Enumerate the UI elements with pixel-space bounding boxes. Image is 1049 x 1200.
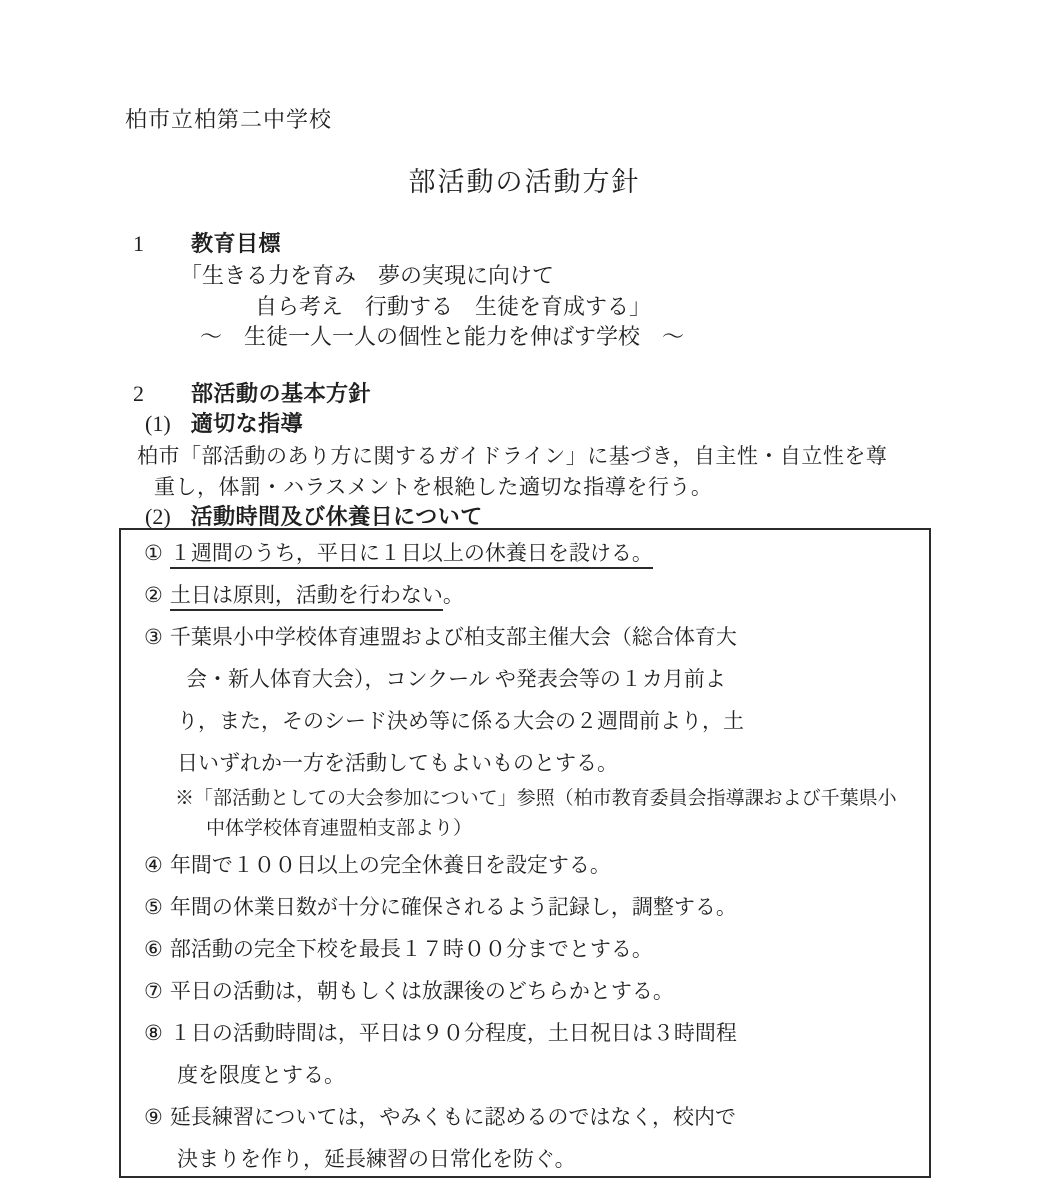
rule-4-number: ④ bbox=[144, 853, 163, 877]
rule-7-number: ⑦ bbox=[144, 979, 163, 1003]
rule-5-number: ⑤ bbox=[144, 895, 163, 919]
subsection2-number: (2) bbox=[145, 504, 171, 529]
rule-5-text: 年間の休業日数が十分に確保されるよう記録し，調整する。 bbox=[170, 895, 737, 919]
rule-item-3-line2: 会・新人体育大会），コンクール や発表会等の１カ月前よ bbox=[186, 658, 929, 700]
rule-item-3-line3: り，また，そのシード決め等に係る大会の２週間前より，土 bbox=[177, 700, 929, 742]
rule-item-4: ④年間で１００日以上の完全休養日を設定する。 bbox=[144, 844, 929, 886]
activity-rules-box: ①１週間のうち，平日に１日以上の休養日を設ける。 ②土日は原則，活動を行わない。… bbox=[119, 528, 931, 1178]
rule-9-number: ⑨ bbox=[144, 1105, 163, 1129]
section2-heading: 部活動の基本方針 bbox=[191, 381, 371, 406]
rule-8-number: ⑧ bbox=[144, 1021, 163, 1045]
subsection2-heading-row: (2)活動時間及び休養日について bbox=[145, 500, 483, 531]
rule-9-text: 延長練習については，やみくもに認めるのではなく，校内で bbox=[170, 1105, 736, 1129]
rule-item-1: ①１週間のうち，平日に１日以上の休養日を設ける。 bbox=[144, 532, 929, 574]
rule-item-5: ⑤年間の休業日数が十分に確保されるよう記録し，調整する。 bbox=[144, 886, 929, 928]
rule-8-text: １日の活動時間は，平日は９０分程度，土日祝日は３時間程 bbox=[170, 1021, 737, 1045]
rule-2-number: ② bbox=[144, 583, 163, 607]
rule-1-text-underlined: １週間のうち，平日に１日以上の休養日を設ける。 bbox=[170, 541, 653, 569]
rule-6-number: ⑥ bbox=[144, 937, 163, 961]
rule-6-text: 部活動の完全下校を最長１７時００分までとする。 bbox=[170, 937, 653, 961]
rule-item-8-line1: ⑧１日の活動時間は，平日は９０分程度，土日祝日は３時間程 bbox=[144, 1012, 929, 1054]
education-goal-line3: ～ 生徒一人一人の個性と能力を伸ばす学校 ～ bbox=[200, 320, 684, 351]
rule-item-2: ②土日は原則，活動を行わない。 bbox=[144, 574, 929, 616]
subsection1-heading: 適切な指導 bbox=[191, 411, 304, 436]
document-title: 部活動の活動方針 bbox=[0, 160, 1049, 199]
rule-2-text-underlined: 土日は原則，活動を行わない bbox=[170, 583, 443, 611]
section2-number: 2 bbox=[133, 381, 144, 406]
guidance-paragraph-line1: 柏市「部活動のあり方に関するガイドライン」に基づき，自主性・自立性を尊 bbox=[137, 440, 887, 470]
education-goal-line2: 自ら考え 行動する 生徒を育成する」 bbox=[255, 290, 651, 321]
rule-item-9-line1: ⑨延長練習については，やみくもに認めるのではなく，校内で bbox=[144, 1096, 929, 1138]
reference-note-text: 「部活動としての大会参加について」参照（柏市教育委員会指導課および千葉県小 bbox=[194, 788, 897, 809]
section2-heading-row: 2部活動の基本方針 bbox=[133, 377, 371, 408]
reference-note-line1: ※「部活動としての大会参加について」参照（柏市教育委員会指導課および千葉県小 bbox=[175, 784, 929, 814]
rule-item-7: ⑦平日の活動は，朝もしくは放課後のどちらかとする。 bbox=[144, 970, 929, 1012]
section1-number: 1 bbox=[133, 231, 144, 256]
rule-1-number: ① bbox=[144, 541, 163, 565]
rule-3-text: 千葉県小中学校体育連盟および柏支部主催大会（総合体育大 bbox=[170, 625, 737, 649]
rule-item-3-line4: 日いずれか一方を活動してもよいものとする。 bbox=[177, 742, 929, 784]
rule-4-text: 年間で１００日以上の完全休養日を設定する。 bbox=[170, 853, 611, 877]
section1-heading: 教育目標 bbox=[191, 231, 281, 256]
rule-3-number: ③ bbox=[144, 625, 163, 649]
school-name: 柏市立柏第二中学校 bbox=[125, 103, 332, 134]
subsection1-heading-row: (1)適切な指導 bbox=[145, 407, 303, 438]
reference-mark: ※ bbox=[175, 788, 194, 809]
subsection2-heading: 活動時間及び休養日について bbox=[191, 504, 483, 529]
rule-2-text-tail: 。 bbox=[443, 583, 464, 607]
rule-item-6: ⑥部活動の完全下校を最長１７時００分までとする。 bbox=[144, 928, 929, 970]
rule-item-9-line2: 決まりを作り，延長練習の日常化を防ぐ。 bbox=[177, 1138, 929, 1180]
guidance-paragraph-line2: 重し，体罰・ハラスメントを根絶した適切な指導を行う。 bbox=[154, 471, 712, 501]
rule-7-text: 平日の活動は，朝もしくは放課後のどちらかとする。 bbox=[170, 979, 674, 1003]
rule-item-3-line1: ③千葉県小中学校体育連盟および柏支部主催大会（総合体育大 bbox=[144, 616, 929, 658]
reference-note-line2: 中体学校体育連盟柏支部より） bbox=[206, 814, 929, 844]
subsection1-number: (1) bbox=[145, 411, 171, 436]
document-page: 柏市立柏第二中学校 部活動の活動方針 1教育目標 「生きる力を育み 夢の実現に向… bbox=[0, 0, 1049, 1200]
education-goal-line1: 「生きる力を育み 夢の実現に向けて bbox=[180, 259, 554, 290]
rule-item-8-line2: 度を限度とする。 bbox=[177, 1054, 929, 1096]
section1-heading-row: 1教育目標 bbox=[133, 227, 281, 258]
